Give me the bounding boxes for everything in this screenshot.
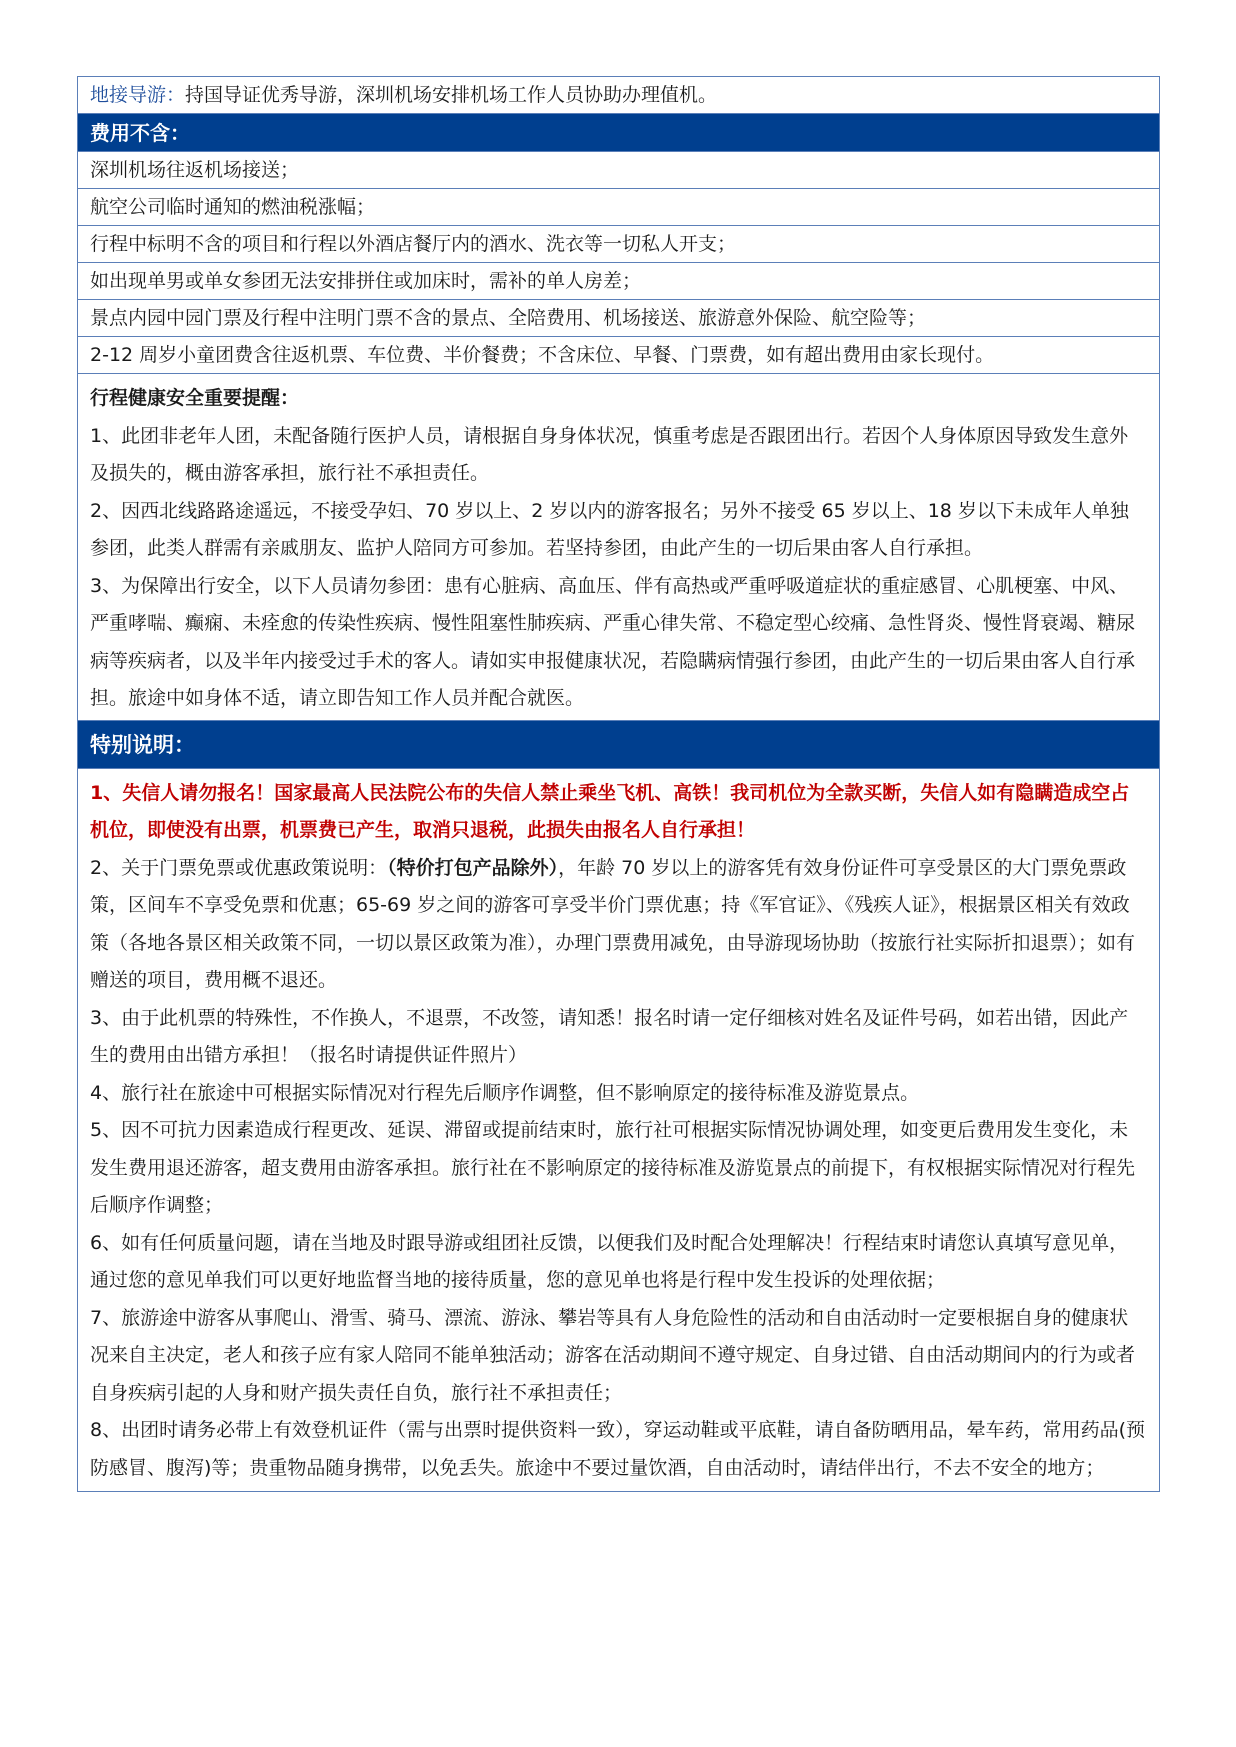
excluded-item: 2-12 周岁小童团费含往返机票、车位费、半价餐费；不含床位、早餐、门票费，如有… — [78, 337, 1159, 374]
special-item-2: 2、关于门票免票或优惠政策说明：（特价打包产品除外），年龄 70 岁以上的游客凭… — [90, 850, 1147, 1000]
special-notes-section: 1、失信人请勿报名！国家最高人民法院公布的失信人禁止乘坐飞机、高铁！我司机位为全… — [78, 769, 1159, 1492]
excluded-item: 景点内园中园门票及行程中注明门票不含的景点、全陪费用、机场接送、旅游意外保险、航… — [78, 300, 1159, 337]
health-item: 1、此团非老年人团，未配备随行医护人员，请根据自身身体状况，慎重考虑是否跟团出行… — [90, 418, 1147, 493]
dishonest-person-warning: 1、失信人请勿报名！国家最高人民法院公布的失信人禁止乘坐飞机、高铁！我司机位为全… — [90, 775, 1147, 850]
excluded-item: 如出现单男或单女参团无法安排拼住或加床时，需补的单人房差； — [78, 263, 1159, 300]
special-notes-header: 特别说明： — [78, 721, 1159, 769]
special-item: 7、旅游途中游客从事爬山、滑雪、骑马、漂流、游泳、攀岩等具有人身危险性的活动和自… — [90, 1300, 1147, 1413]
local-guide-row: 地接导游：持国导证优秀导游，深圳机场安排机场工作人员协助办理值机。 — [78, 77, 1159, 114]
special-item: 6、如有任何质量问题，请在当地及时跟导游或组团社反馈，以便我们及时配合处理解决！… — [90, 1225, 1147, 1300]
local-guide-label: 地接导游： — [90, 84, 185, 106]
excluded-costs-header: 费用不含： — [78, 114, 1159, 152]
health-safety-section: 行程健康安全重要提醒： 1、此团非老年人团，未配备随行医护人员，请根据自身身体状… — [78, 374, 1159, 721]
special-item: 3、由于此机票的特殊性，不作换人，不退票，不改签，请知悉！报名时请一定仔细核对姓… — [90, 1000, 1147, 1075]
health-safety-title: 行程健康安全重要提醒： — [90, 380, 1147, 418]
itinerary-document: 地接导游：持国导证优秀导游，深圳机场安排机场工作人员协助办理值机。 费用不含： … — [77, 76, 1160, 1492]
special-item: 4、旅行社在旅途中可根据实际情况对行程先后顺序作调整，但不影响原定的接待标准及游… — [90, 1075, 1147, 1113]
special-item: 5、因不可抗力因素造成行程更改、延误、滞留或提前结束时，旅行社可根据实际情况协调… — [90, 1112, 1147, 1225]
excluded-item: 行程中标明不含的项目和行程以外酒店餐厅内的酒水、洗衣等一切私人开支； — [78, 226, 1159, 263]
health-item: 2、因西北线路路途遥远，不接受孕妇、70 岁以上、2 岁以内的游客报名；另外不接… — [90, 493, 1147, 568]
special-item: 8、出团时请务必带上有效登机证件（需与出票时提供资料一致），穿运动鞋或平底鞋，请… — [90, 1412, 1147, 1487]
special-item-2-prefix: 2、关于门票免票或优惠政策说明： — [90, 857, 387, 879]
excluded-item: 深圳机场往返机场接送； — [78, 152, 1159, 189]
excluded-item: 航空公司临时通知的燃油税涨幅； — [78, 189, 1159, 226]
health-item: 3、为保障出行安全，以下人员请勿参团：患有心脏病、高血压、伴有高热或严重呼吸道症… — [90, 568, 1147, 718]
special-item-2-bold: （特价打包产品除外） — [387, 857, 558, 879]
local-guide-text: 持国导证优秀导游，深圳机场安排机场工作人员协助办理值机。 — [185, 84, 717, 106]
